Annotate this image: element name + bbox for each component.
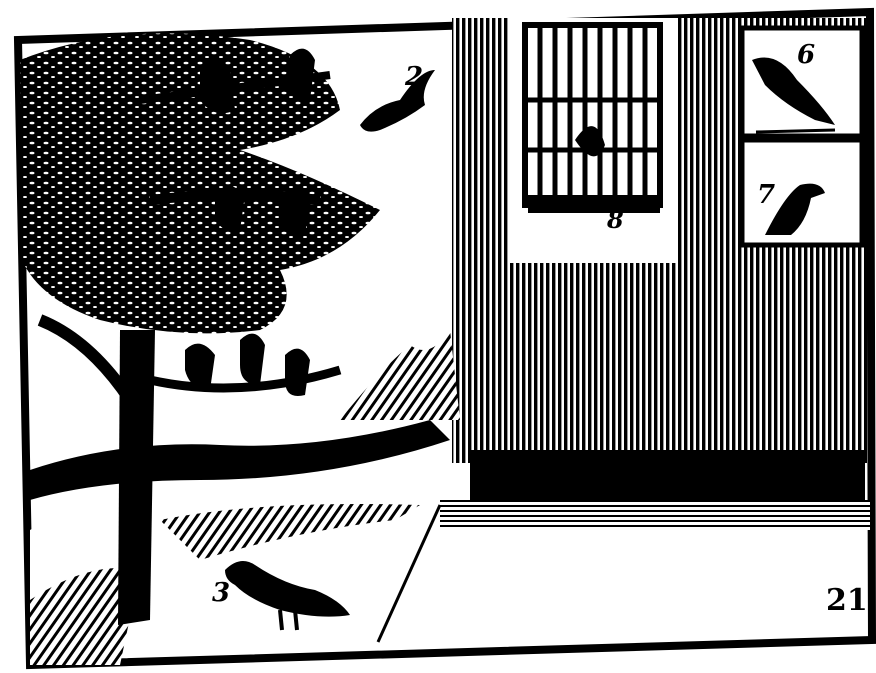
plate-number: 21 [826, 583, 868, 618]
label-ground-bird: 3 [212, 578, 230, 608]
woodcut-illustration: 2 6 7 8 3 21 [0, 0, 876, 673]
birdcage [508, 18, 676, 263]
label-flying-bird: 2 [405, 62, 423, 92]
label-cage: 8 [607, 205, 624, 234]
label-panel-top: 6 [797, 40, 815, 70]
label-panel-bottom: 7 [757, 180, 775, 210]
